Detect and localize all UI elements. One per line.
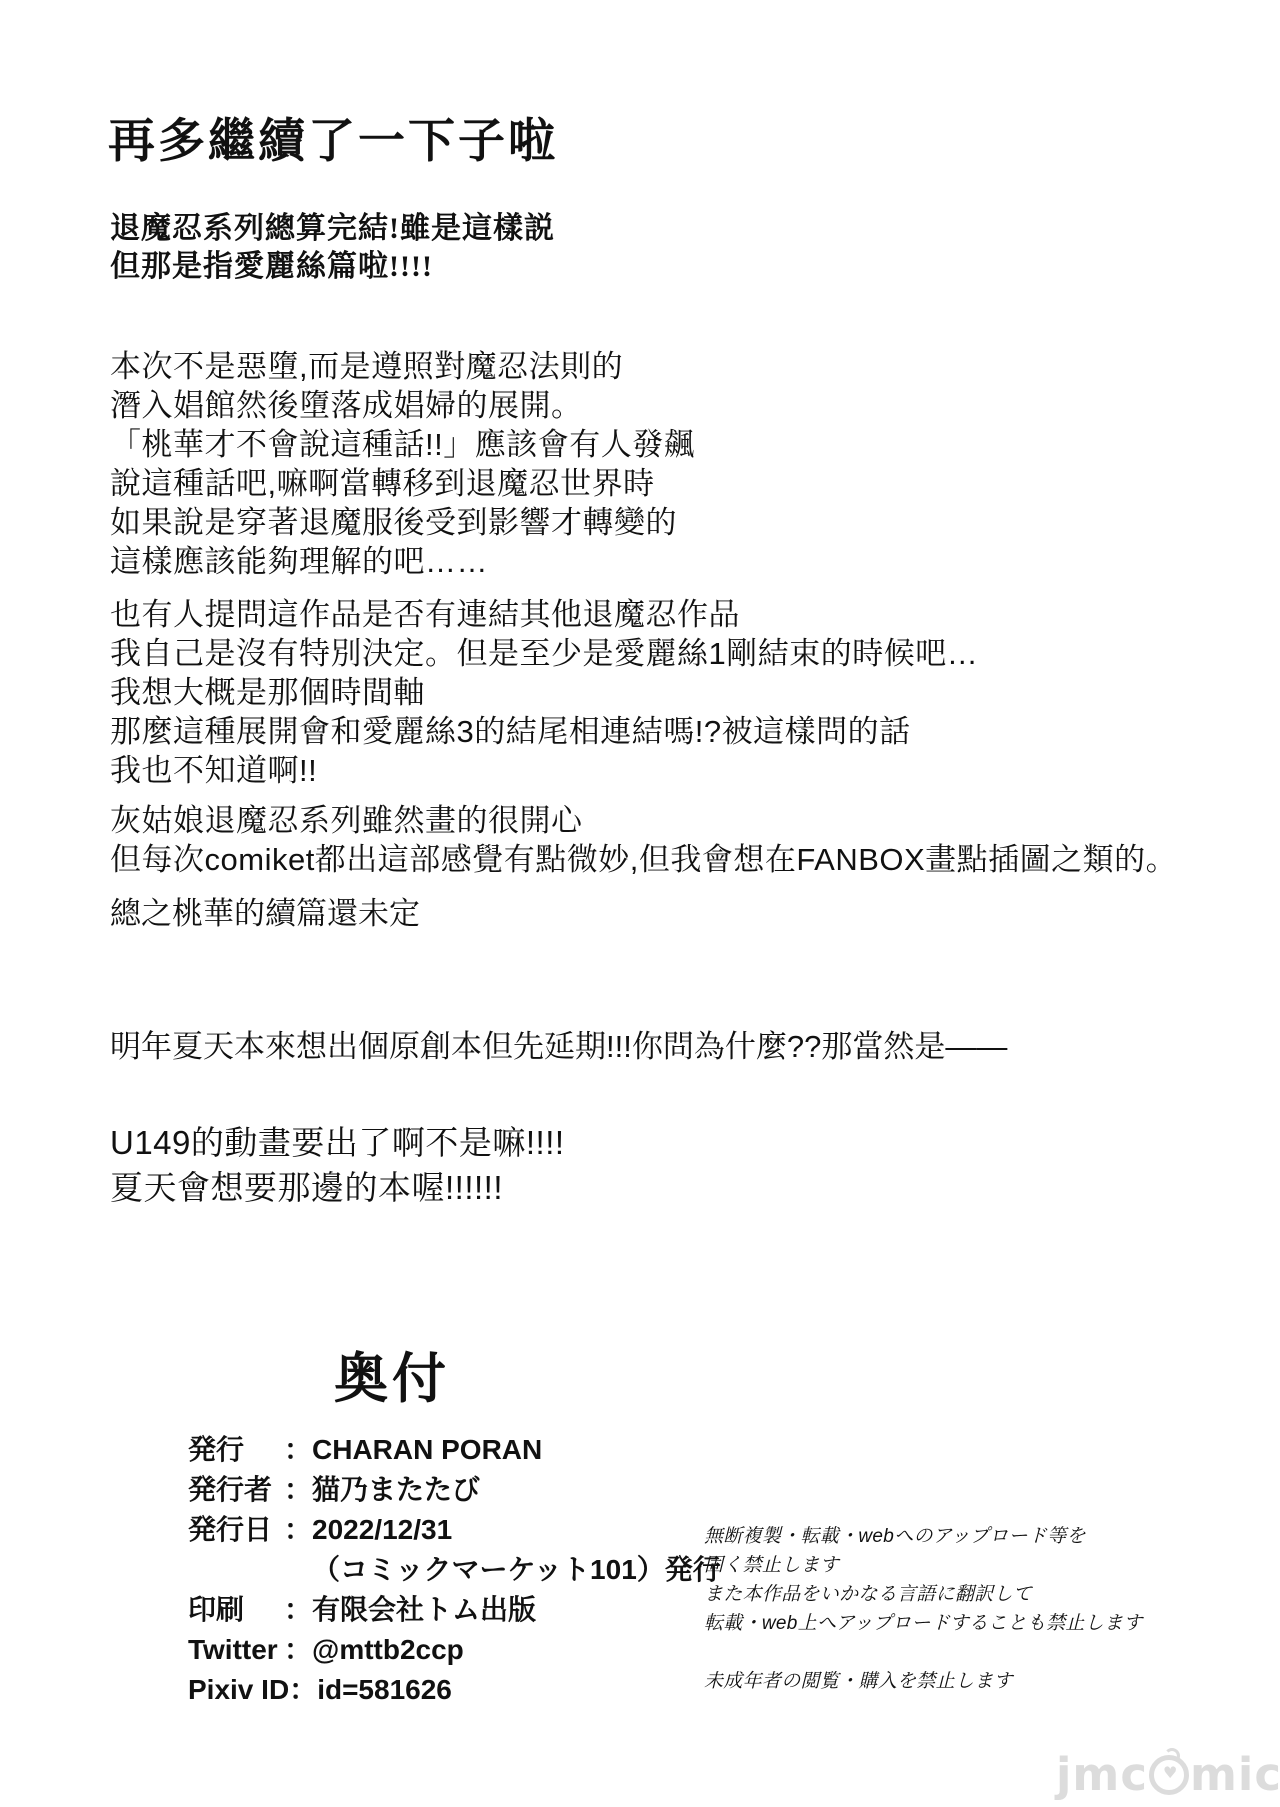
disclaimer-line: 無断複製・転載・webへのアップロード等を xyxy=(704,1522,1143,1551)
colophon-row: Twitter：@mttb2ccp xyxy=(188,1630,721,1670)
colophon-row: 印刷：有限会社トム出版 xyxy=(188,1590,721,1630)
colophon-row-colon xyxy=(284,1550,312,1590)
colophon-row: （コミックマーケット101）発行 xyxy=(188,1550,721,1590)
disclaimer-line: 固く禁止します xyxy=(704,1551,1143,1580)
chick-mascot-icon xyxy=(1149,1755,1189,1795)
text-line: 但那是指愛麗絲篇啦!!!! xyxy=(110,248,555,286)
colophon-row-value: @mttb2ccp xyxy=(312,1630,464,1670)
paragraph-sequel-undecided: 總之桃華的續篇還未定 xyxy=(110,888,420,933)
text-line: 這樣應該能夠理解的吧…… xyxy=(110,542,695,581)
paragraph-cinderella-taimanin: 灰姑娘退魔忍系列雖然畫的很開心但每次comiket都出這部感覺有點微妙,但我會想… xyxy=(110,801,1177,879)
colophon-row-label: 発行日 xyxy=(188,1510,284,1550)
doujin-afterword-page: { "page": { "title": "再多繼續了一下子啦", "intro… xyxy=(0,0,1280,1807)
colophon-row-label: 発行 xyxy=(188,1430,284,1470)
text-line: U149的動畫要出了啊不是嘛!!!! xyxy=(110,1120,565,1165)
text-line: 如果說是穿著退魔服後受到影響才轉變的 xyxy=(110,503,695,542)
text-line: 我自己是沒有特別決定。但是至少是愛麗絲1剛結束的時候吧… xyxy=(110,634,978,673)
paragraph-next-summer-delay: 明年夏天本來想出個原創本但先延期!!!你問為什麼??那當然是—— xyxy=(110,1021,1007,1066)
colophon-row-colon: ： xyxy=(284,1430,312,1470)
colophon-row-label: 印刷 xyxy=(188,1590,284,1630)
paragraph-u149-anime: U149的動畫要出了啊不是嘛!!!!夏天會想要那邊的本喔!!!!!! xyxy=(110,1120,565,1210)
disclaimer-line xyxy=(704,1638,1143,1667)
paragraph-story-explanation: 本次不是惡墮,而是遵照對魔忍法則的潛入娼館然後墮落成娼婦的展開。「桃華才不會說這… xyxy=(110,347,695,581)
page-title: 再多繼續了一下子啦 xyxy=(108,104,558,171)
disclaimer-line: 転載・web上へアップロードすることも禁止します xyxy=(704,1609,1143,1638)
colophon-row-colon: ： xyxy=(289,1670,317,1710)
colophon-row-value: 猫乃またたび xyxy=(312,1470,480,1510)
disclaimer-line: 未成年者の閲覧・購入を禁止します xyxy=(704,1667,1143,1696)
jmcomic-watermark: jmcmic xyxy=(1056,1748,1280,1801)
colophon-row-label: Twitter xyxy=(188,1630,284,1670)
text-line: 「桃華才不會說這種話!!」應該會有人發飆 xyxy=(110,425,695,464)
text-line: 那麼這種展開會和愛麗絲3的結尾相連結嗎!?被這樣問的話 xyxy=(110,712,978,751)
colophon-row: 発行：CHARAN PORAN xyxy=(188,1430,721,1470)
text-line: 也有人提問這作品是否有連結其他退魔忍作品 xyxy=(110,595,978,634)
colophon-table: 発行：CHARAN PORAN 発行者：猫乃またたび 発行日：2022/12/3… xyxy=(188,1430,721,1710)
text-line: 我也不知道啊!! xyxy=(110,751,978,790)
text-line: 說這種話吧,嘛啊當轉移到退魔忍世界時 xyxy=(110,464,695,503)
colophon-heading: 奥付 xyxy=(334,1336,450,1413)
intro-paragraph: 退魔忍系列總算完結!雖是這樣説但那是指愛麗絲篇啦!!!! xyxy=(110,210,555,286)
text-line: 灰姑娘退魔忍系列雖然畫的很開心 xyxy=(110,801,1177,840)
colophon-row: 発行者：猫乃またたび xyxy=(188,1470,721,1510)
text-line: 潛入娼館然後墮落成娼婦的展開。 xyxy=(110,386,695,425)
colophon-row-value: CHARAN PORAN xyxy=(312,1430,542,1470)
copyright-disclaimer: 無断複製・転載・webへのアップロード等を固く禁止しますまた本作品をいかなる言語… xyxy=(704,1522,1143,1696)
disclaimer-line: また本作品をいかなる言語に翻訳して xyxy=(704,1580,1143,1609)
colophon-row-colon: ： xyxy=(284,1510,312,1550)
watermark-text-left: jmc xyxy=(1056,1748,1148,1801)
text-line: 本次不是惡墮,而是遵照對魔忍法則的 xyxy=(110,347,695,386)
colophon-row-label: Pixiv ID xyxy=(188,1670,289,1710)
text-line: 我想大概是那個時間軸 xyxy=(110,673,978,712)
colophon-row-label xyxy=(188,1550,284,1590)
text-line: 夏天會想要那邊的本喔!!!!!! xyxy=(110,1165,565,1210)
colophon-row-colon: ： xyxy=(284,1590,312,1630)
colophon-row-value: id=581626 xyxy=(317,1670,452,1710)
colophon-row: 発行日：2022/12/31 xyxy=(188,1510,721,1550)
colophon-row-label: 発行者 xyxy=(188,1470,284,1510)
colophon-row-colon: ： xyxy=(284,1470,312,1510)
paragraph-series-connection: 也有人提問這作品是否有連結其他退魔忍作品我自己是沒有特別決定。但是至少是愛麗絲1… xyxy=(110,595,978,790)
colophon-row-colon: ： xyxy=(284,1630,312,1670)
text-line: 退魔忍系列總算完結!雖是這樣説 xyxy=(110,210,555,248)
text-line: 但每次comiket都出這部感覺有點微妙,但我會想在FANBOX畫點插圖之類的。 xyxy=(110,840,1177,879)
watermark-text-right: mic xyxy=(1190,1748,1280,1801)
colophon-row: Pixiv ID：id=581626 xyxy=(188,1670,721,1710)
colophon-row-value: 2022/12/31 xyxy=(312,1510,452,1550)
colophon-row-value: （コミックマーケット101）発行 xyxy=(312,1550,721,1590)
colophon-row-value: 有限会社トム出版 xyxy=(312,1590,536,1630)
